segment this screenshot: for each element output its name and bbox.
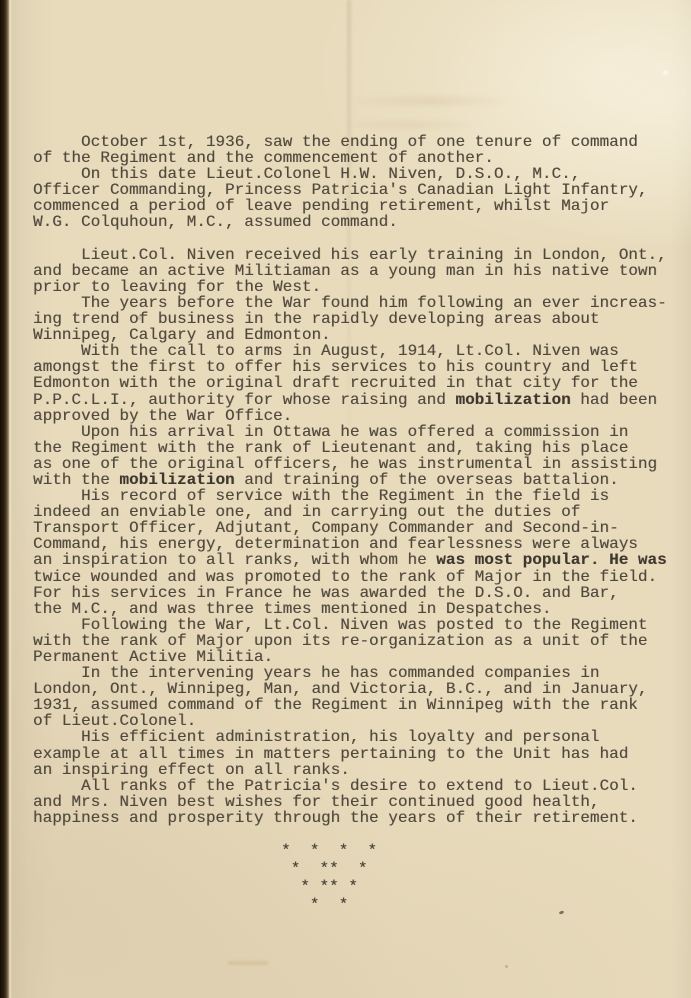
text-line: happiness and prosperity through the yea… [33, 810, 681, 826]
text-line: with the rank of Major upon its re-organ… [33, 633, 681, 649]
paper-speck [559, 910, 565, 915]
text-line: of Lieut.Colonel. [33, 713, 681, 729]
text-line: twice wounded and was promoted to the ra… [33, 569, 681, 585]
paper-speck [505, 965, 508, 968]
text-line: The years before the War found him follo… [33, 295, 681, 311]
ornament-line: * ** * [281, 878, 377, 896]
text-line: In the intervening years he has commande… [33, 665, 681, 681]
blank-line [33, 231, 681, 247]
text-line: His record of service with the Regiment … [33, 488, 681, 504]
document-page: October 1st, 1936, saw the ending of one… [0, 0, 691, 998]
text-line: approved by the War Office. [33, 408, 681, 424]
ornament-line: * * [281, 896, 377, 914]
text-line: For his services in France he was awarde… [33, 585, 681, 601]
text-line: the Regiment with the rank of Lieutenant… [33, 440, 681, 456]
retyped-text: mobilization [455, 391, 570, 409]
text-line: Permanent Active Militia. [33, 649, 681, 665]
text-line: the M.C., and was three times mentioned … [33, 601, 681, 617]
text-line: and became an active Militiaman as a you… [33, 263, 681, 279]
text-line: commenced a period of leave pending reti… [33, 198, 681, 214]
text-line: Command, his energy, determination and f… [33, 536, 681, 552]
text-line: His efficient administration, his loyalt… [33, 729, 681, 745]
text-line: of the Regiment and the commencement of … [33, 150, 681, 166]
text-line: Winnipeg, Calgary and Edmonton. [33, 327, 681, 343]
text-line: Lieut.Col. Niven received his early trai… [33, 247, 681, 263]
retyped-text: was most popular. He was [436, 551, 666, 569]
text-line: With the call to arms in August, 1914, L… [33, 343, 681, 359]
text-line: ing trend of business in the rapidly dev… [33, 311, 681, 327]
ornament-line: * ** * [281, 860, 377, 878]
asterisk-ornament: * * * * * ** * * ** * * * [281, 842, 377, 914]
text-line: On this date Lieut.Colonel H.W. Niven, D… [33, 166, 681, 182]
paper-chip [663, 70, 668, 75]
text-line: an inspiration to all ranks, with whom h… [33, 552, 681, 568]
paper-speck [137, 316, 141, 320]
text-line: an inspiring effect on all ranks. [33, 762, 681, 778]
text-line: example at all times in matters pertaini… [33, 746, 681, 762]
text-line: Following the War, Lt.Col. Niven was pos… [33, 617, 681, 633]
text-line: October 1st, 1936, saw the ending of one… [33, 134, 681, 150]
text-line: All ranks of the Patricia's desire to ex… [33, 778, 681, 794]
typewritten-text-block: October 1st, 1936, saw the ending of one… [33, 134, 681, 826]
text-line: 1931, assumed command of the Regiment in… [33, 697, 681, 713]
text-line: Transport Officer, Adjutant, Company Com… [33, 520, 681, 536]
ornament-line: * * * * [281, 842, 377, 860]
text-line: W.G. Colquhoun, M.C., assumed command. [33, 214, 681, 230]
text-line: Officer Commanding, Princess Patricia's … [33, 182, 681, 198]
text-line: amongst the first to offer his services … [33, 359, 681, 375]
text-line: London, Ont., Winnipeg, Man, and Victori… [33, 681, 681, 697]
text-line: Edmonton with the original draft recruit… [33, 375, 681, 391]
text-line: with the mobilization and training of th… [33, 472, 681, 488]
book-binding-edge [0, 0, 12, 998]
text-line: as one of the original officers, he was … [33, 456, 681, 472]
text-line: Upon his arrival in Ottawa he was offere… [33, 424, 681, 440]
text-line: P.P.C.L.I., authority for whose raising … [33, 392, 681, 408]
text-line: and Mrs. Niven best wishes for their con… [33, 794, 681, 810]
text-line: prior to leaving for the West. [33, 279, 681, 295]
ink-bleed-through [295, 86, 565, 136]
paper-stain [228, 961, 268, 965]
text-line: indeed an enviable one, and in carrying … [33, 504, 681, 520]
